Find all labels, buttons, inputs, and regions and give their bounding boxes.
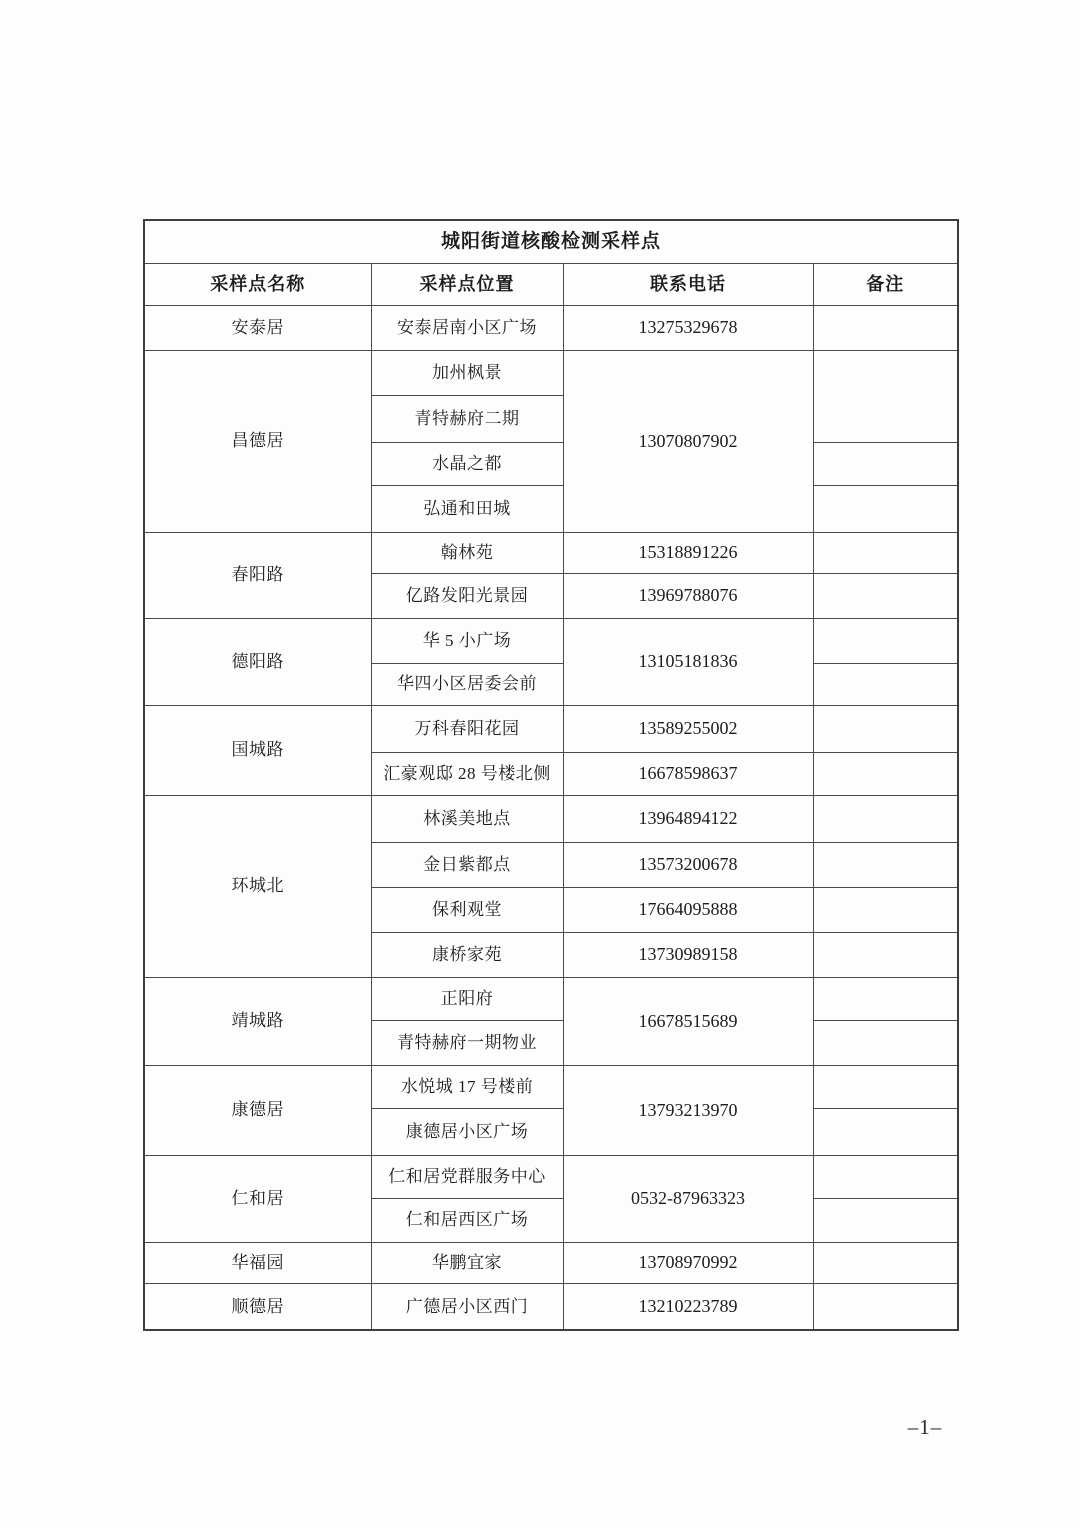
phone-cell: 13573200678 — [563, 842, 813, 887]
group-name-cell: 昌德居 — [144, 350, 371, 532]
remark-cell — [813, 1108, 958, 1155]
phone-cell: 13070807902 — [563, 350, 813, 532]
group-name-cell: 安泰居 — [144, 305, 371, 350]
location-cell: 林溪美地点 — [371, 795, 563, 842]
page-number: –1– — [885, 1415, 965, 1440]
header-contact-phone: 联系电话 — [563, 263, 813, 305]
location-cell: 翰林苑 — [371, 532, 563, 573]
remark-cell — [813, 705, 958, 752]
phone-cell: 13708970992 — [563, 1242, 813, 1283]
location-cell: 仁和居党群服务中心 — [371, 1155, 563, 1198]
remark-cell — [813, 752, 958, 795]
phone-cell: 17664095888 — [563, 887, 813, 932]
sampling-points-table: 城阳街道核酸检测采样点 采样点名称 采样点位置 联系电话 备注 安泰居 安泰居南… — [143, 219, 959, 1331]
phone-cell: 16678598637 — [563, 752, 813, 795]
remark-cell — [813, 842, 958, 887]
location-cell: 青特赫府二期 — [371, 395, 563, 442]
location-cell: 加州枫景 — [371, 350, 563, 395]
remark-cell — [813, 795, 958, 842]
remark-cell — [813, 1065, 958, 1108]
remark-cell — [813, 932, 958, 977]
location-cell: 华鹏宜家 — [371, 1242, 563, 1283]
location-cell: 保利观堂 — [371, 887, 563, 932]
remark-cell — [813, 1198, 958, 1242]
location-cell: 广德居小区西门 — [371, 1283, 563, 1330]
remark-cell — [813, 350, 958, 442]
remark-cell — [813, 573, 958, 618]
location-cell: 汇豪观邸 28 号楼北侧 — [371, 752, 563, 795]
location-cell: 青特赫府一期物业 — [371, 1020, 563, 1065]
group-name-cell: 顺德居 — [144, 1283, 371, 1330]
remark-cell — [813, 887, 958, 932]
header-remarks: 备注 — [813, 263, 958, 305]
location-cell: 水悦城 17 号楼前 — [371, 1065, 563, 1108]
remark-cell — [813, 663, 958, 705]
location-cell: 弘通和田城 — [371, 485, 563, 532]
remark-cell — [813, 977, 958, 1020]
location-cell: 正阳府 — [371, 977, 563, 1020]
phone-cell: 13969788076 — [563, 573, 813, 618]
group-name-cell: 春阳路 — [144, 532, 371, 618]
group-name-cell: 靖城路 — [144, 977, 371, 1065]
phone-cell: 13730989158 — [563, 932, 813, 977]
phone-cell: 15318891226 — [563, 532, 813, 573]
remark-cell — [813, 485, 958, 532]
phone-cell: 0532-87963323 — [563, 1155, 813, 1242]
phone-cell: 13275329678 — [563, 305, 813, 350]
phone-cell: 13589255002 — [563, 705, 813, 752]
group-name-cell: 华福园 — [144, 1242, 371, 1283]
location-cell: 亿路发阳光景园 — [371, 573, 563, 618]
group-name-cell: 环城北 — [144, 795, 371, 977]
location-cell: 安泰居南小区广场 — [371, 305, 563, 350]
remark-cell — [813, 442, 958, 485]
group-name-cell: 国城路 — [144, 705, 371, 795]
document-page: 城阳街道核酸检测采样点 采样点名称 采样点位置 联系电话 备注 安泰居 安泰居南… — [0, 0, 1080, 1528]
phone-cell: 16678515689 — [563, 977, 813, 1065]
location-cell: 金日紫都点 — [371, 842, 563, 887]
location-cell: 康桥家苑 — [371, 932, 563, 977]
remark-cell — [813, 305, 958, 350]
location-cell: 水晶之都 — [371, 442, 563, 485]
remark-cell — [813, 1020, 958, 1065]
group-name-cell: 康德居 — [144, 1065, 371, 1155]
remark-cell — [813, 532, 958, 573]
group-name-cell: 仁和居 — [144, 1155, 371, 1242]
group-name-cell: 德阳路 — [144, 618, 371, 705]
location-cell: 华四小区居委会前 — [371, 663, 563, 705]
remark-cell — [813, 1283, 958, 1330]
location-cell: 仁和居西区广场 — [371, 1198, 563, 1242]
location-cell: 康德居小区广场 — [371, 1108, 563, 1155]
remark-cell — [813, 1155, 958, 1198]
phone-cell: 13964894122 — [563, 795, 813, 842]
phone-cell: 13793213970 — [563, 1065, 813, 1155]
location-cell: 华 5 小广场 — [371, 618, 563, 663]
remark-cell — [813, 1242, 958, 1283]
phone-cell: 13210223789 — [563, 1283, 813, 1330]
remark-cell — [813, 618, 958, 663]
header-sampling-point-location: 采样点位置 — [371, 263, 563, 305]
phone-cell: 13105181836 — [563, 618, 813, 705]
header-sampling-point-name: 采样点名称 — [144, 263, 371, 305]
table-title: 城阳街道核酸检测采样点 — [144, 220, 958, 263]
location-cell: 万科春阳花园 — [371, 705, 563, 752]
